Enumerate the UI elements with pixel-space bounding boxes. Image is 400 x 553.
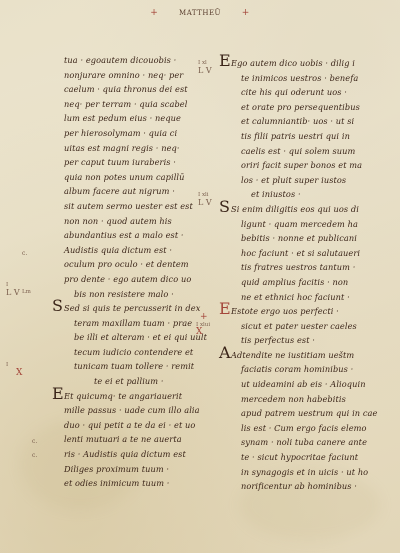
canon-table-note: I L V — [6, 282, 20, 296]
initial-e-rubric: E — [219, 304, 231, 314]
text-line: Adtendite ne iustitiam ueštm — [231, 350, 354, 360]
text-line: synam · noli tuba canere ante — [231, 435, 361, 450]
text-line: mercedem non habebitis — [231, 392, 361, 407]
text-line: norificentur ab hominibus · — [231, 479, 361, 494]
text-line: be illi et alteram · et ei qui uult — [64, 330, 199, 345]
canon-table-note: I xli L V — [198, 192, 212, 206]
canon-table-note: I — [6, 362, 8, 369]
canon-table-mark: X — [16, 370, 22, 378]
running-head: + MATTHEŪ + — [0, 8, 400, 18]
text-line: tis filii patris uestri qui in — [231, 129, 361, 144]
text-line: caelis est · qui solem suum — [231, 144, 361, 159]
initial-a: A — [219, 348, 231, 358]
text-line: tis perfectus est · — [231, 333, 361, 348]
text-line: per caput tuum iuraberis · — [64, 155, 199, 170]
text-line: mille passus · uade cum illo alia — [64, 403, 199, 418]
text-line: quid amplius facitis · non — [231, 275, 361, 290]
text-line: neq· per terram · quia scabel — [64, 97, 199, 112]
text-line: ris · Audistis quia dictum est — [64, 447, 199, 462]
text-line: pro dente · ego autem dico uo — [64, 272, 199, 287]
cross-icon: + — [150, 8, 158, 18]
margin-mark: c. — [32, 452, 37, 459]
text-line: tunicam tuam tollere · remit — [64, 359, 199, 374]
text-line: quia non potes unum capillū — [64, 170, 199, 185]
text-line: nonjurare omnino · neq· per — [64, 68, 199, 83]
text-line: et iniustos · — [231, 187, 361, 202]
text-line: te ei et pallium · — [64, 374, 199, 389]
text-line: hoc faciunt · et si salutaueri — [231, 246, 361, 261]
text-line-with-initial: AAdtendite ne iustitiam ueštm — [231, 348, 361, 363]
text-line: ligunt · quam mercedem ha — [231, 217, 361, 232]
text-line: tis fratres uestros tantum · — [231, 260, 361, 275]
text-line: Et quicumq· te angariauerit — [64, 391, 182, 401]
text-line: abundantius est a malo est · — [64, 228, 199, 243]
cross-icon: + — [200, 314, 208, 322]
text-line: ut uideamini ab eis · Alioquin — [231, 377, 361, 392]
canon-table-note: I xl L V — [198, 60, 212, 74]
text-line: te · sicut hypocritae faciunt — [231, 450, 361, 465]
text-line-with-initial: EEgo autem dico uobis · dilig i — [231, 56, 361, 71]
text-line: lenti mutuari a te ne auerta — [64, 432, 199, 447]
text-line: uitas est magni regis · neq· — [64, 141, 199, 156]
text-line-with-initial: SSi enim diligitis eos qui uos di — [231, 202, 361, 217]
text-line: apud patrem uestrum qui in cae — [231, 406, 361, 421]
running-head-title: MATTHEŪ — [179, 9, 221, 17]
text-line: duo · qui petit a te da ei · et uo — [64, 418, 199, 433]
text-line: Estote ergo uos perfecti · — [231, 306, 339, 316]
text-line: Ego autem dico uobis · dilig i — [231, 58, 355, 68]
initial-s: S — [219, 202, 231, 212]
text-line: sit autem sermo uester est est — [64, 199, 199, 214]
text-line: bebitis · nonne et publicani — [231, 231, 361, 246]
canon-table-note: I xlui X — [196, 322, 210, 337]
left-column: tua · egoautem dicouobis · nonjurare omn… — [64, 53, 199, 491]
text-line: te inimicos uestros · benefa — [231, 71, 361, 86]
text-line: tua · egoautem dicouobis · — [64, 53, 199, 68]
text-line: non non · quod autem his — [64, 214, 199, 229]
text-line: in synagogis et in uicis · ut ho — [231, 465, 361, 480]
initial-e: E — [52, 389, 64, 399]
text-line: et orate pro persequentibus — [231, 100, 361, 115]
text-line: Si enim diligitis eos qui uos di — [231, 204, 359, 214]
text-line: per hierosolymam · quia ci — [64, 126, 199, 141]
manuscript-page: + MATTHEŪ + tua · egoautem dicouobis · n… — [0, 0, 400, 553]
right-column: EEgo autem dico uobis · dilig i te inimi… — [231, 56, 361, 494]
text-line: et odies inimicum tuum · — [64, 476, 199, 491]
text-line: caelum · quia thronus dei est — [64, 82, 199, 97]
text-line: tecum iudicio contendere et — [64, 345, 199, 360]
text-line: bis non resistere malo · — [64, 287, 199, 302]
text-line: Diliges proximum tuum · — [64, 462, 199, 477]
text-line: sicut et pater uester caeles — [231, 319, 361, 334]
text-line: oculum pro oculo · et dentem — [64, 257, 199, 272]
cross-icon: + — [242, 8, 250, 18]
text-line-with-initial: EEt quicumq· te angariauerit — [64, 389, 199, 404]
canon-table-sub: Lm — [22, 289, 31, 296]
text-line: teram maxillam tuam · prae — [64, 316, 199, 331]
text-line: los · et pluit super iustos — [231, 173, 361, 188]
text-line: ne et ethnici hoc faciunt · — [231, 290, 361, 305]
text-line: Sed si quis te percusserit in dex — [64, 303, 200, 313]
margin-mark: c. — [32, 438, 37, 445]
initial-e: E — [219, 56, 231, 66]
text-line: et calumniantib· uos · ut si — [231, 114, 361, 129]
text-line: cite his qui oderunt uos · — [231, 85, 361, 100]
text-line: oriri facit super bonos et ma — [231, 158, 361, 173]
initial-s: S — [52, 301, 64, 311]
text-line: Audistis quia dictum est · — [64, 243, 199, 258]
text-line: faciatis coram hominibus · — [231, 362, 361, 377]
text-line: album facere aut nigrum · — [64, 184, 199, 199]
text-line: lis est · Cum ergo facis elemo — [231, 421, 361, 436]
margin-mark: c. — [22, 250, 27, 257]
text-line-with-initial: SSed si quis te percusserit in dex — [64, 301, 199, 316]
text-line: lum est pedum eius · neque — [64, 111, 199, 126]
text-line-with-initial: EEstote ergo uos perfecti · — [231, 304, 361, 319]
